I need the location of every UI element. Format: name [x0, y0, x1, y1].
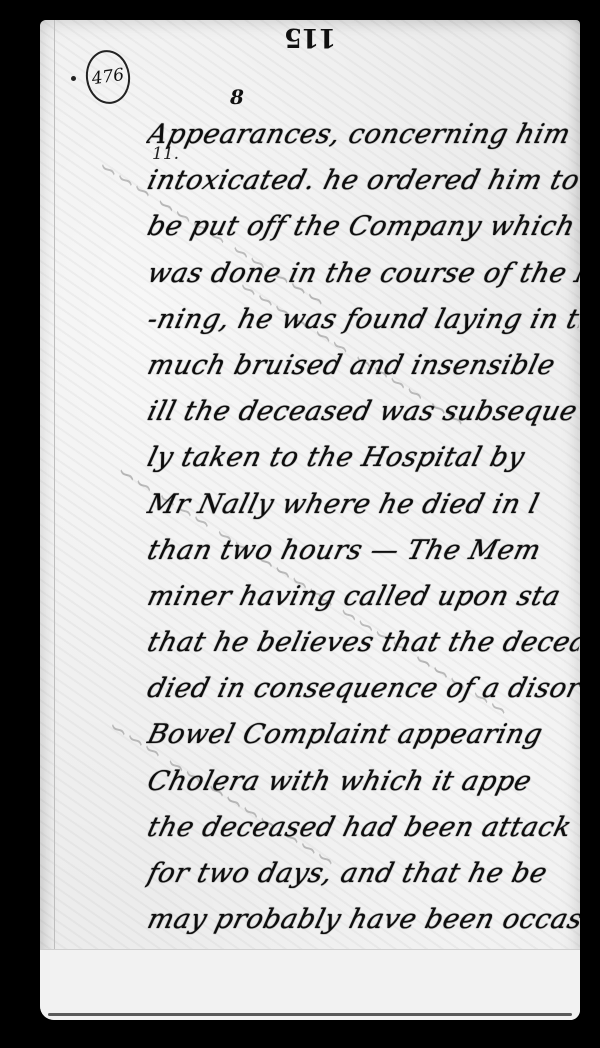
margin-rule [54, 20, 55, 960]
text-line: Bowel Complaint appearing [142, 712, 580, 758]
text-line: miner having called upon sta [142, 574, 580, 620]
text-line: was done in the course of the Eve [142, 251, 580, 297]
marginal-marker: 8 [230, 85, 244, 109]
folio-number: 115 [285, 22, 336, 52]
page-bottom-fold [40, 949, 580, 1020]
text-line: -ning, he was found laying in the [142, 297, 580, 343]
text-line: much bruised and insensible [142, 343, 580, 389]
text-line: for two days, and that he be [142, 851, 580, 897]
text-line: Cholera with which it appe [142, 759, 580, 805]
text-line: died in consequence of a disor [142, 666, 580, 712]
text-line: intoxicated. he ordered him to [142, 158, 580, 204]
text-line: Appearances, concerning him to [142, 112, 580, 158]
manuscript-page: 115 476 8 11. ~~~ ~~ ~~~~ ~~~ ~~ ~~~~ ~~… [40, 20, 580, 1020]
archive-stamp: 476 [82, 47, 133, 107]
text-line: the deceased had been attack [142, 805, 580, 851]
text-line: ill the deceased was subseque [142, 389, 580, 435]
text-line: than two hours — The Mem [142, 528, 580, 574]
stamp-number: 476 [91, 65, 126, 89]
handwritten-text: Appearances, concerning him to intoxicat… [148, 112, 580, 990]
text-line: that he believes that the decease [142, 620, 580, 666]
text-line: may probably have been occas [142, 897, 580, 943]
text-line: ly taken to the Hospital by [142, 435, 580, 481]
text-line: Mr Nally where he died in l [142, 482, 580, 528]
text-line: be put off the Company which [142, 204, 580, 250]
ink-dot [71, 76, 76, 81]
